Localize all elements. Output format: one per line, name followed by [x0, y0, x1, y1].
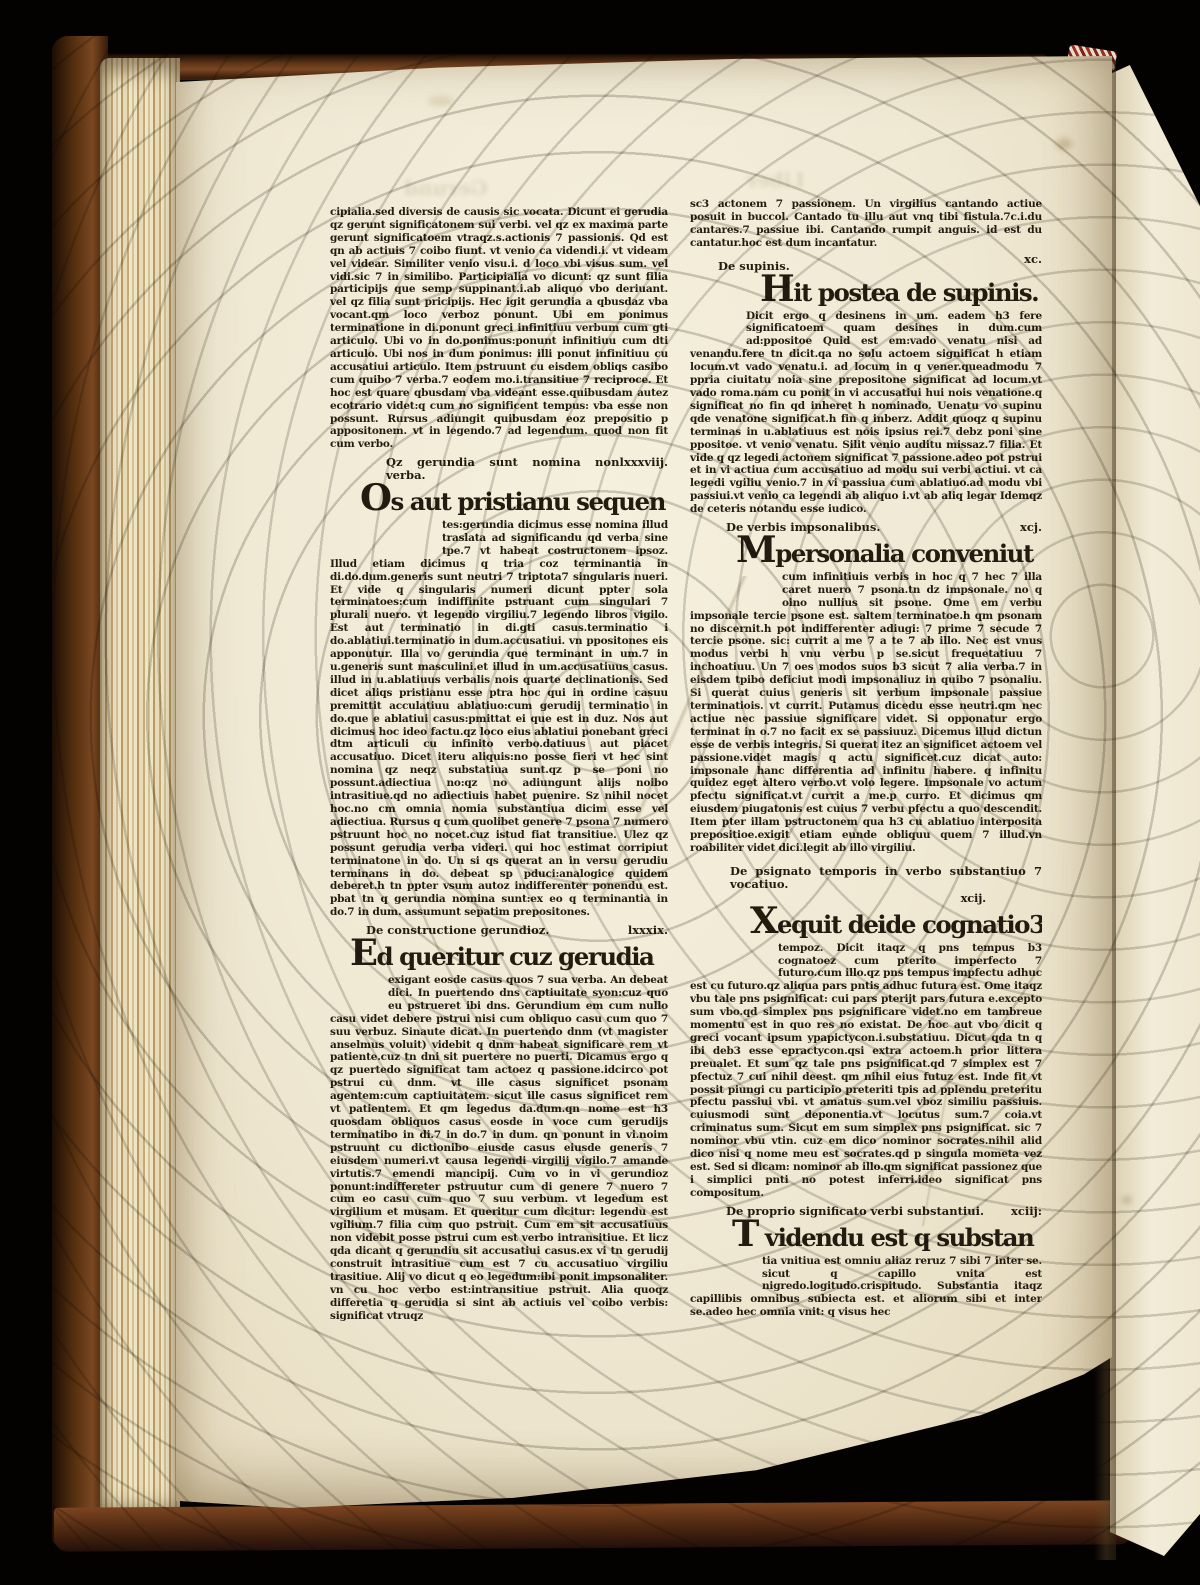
- paragraph-text: Dicit ergo q desinens in um. eadem h3 fe…: [690, 310, 1042, 516]
- paragraph-text: sc3 actonem 7 passionem. Un virgilius ca…: [690, 198, 1042, 249]
- facing-page-edge: [1110, 62, 1200, 1562]
- rubric-label: De psignato temporis in verbo substantiu…: [730, 865, 1042, 891]
- heading-sed-queritur: Ed queritur cuz gerudia: [330, 938, 668, 971]
- heading-hang-spacer: [690, 942, 778, 968]
- paragraph-text: tes:gerundia dicimus esse nomina illud t…: [330, 519, 668, 918]
- rubric-de-designato-temporis: De psignato temporis in verbo substantiu…: [690, 865, 1042, 891]
- heading-hang-spacer: [330, 519, 442, 545]
- heading-sequitur-deinde-cognatio: Xequit deide cognatio3: [690, 906, 1042, 939]
- paragraph-cognatio-temporum: tempoz. Dicit itaqz q pns tempus b3 cogn…: [690, 942, 1042, 1200]
- heading-nos-aut-prisciani: Os aut pristianu sequen: [330, 483, 668, 516]
- paragraph-text: tempoz. Dicit itaqz q pns tempus b3 cogn…: [690, 942, 1042, 1199]
- text-column-left: cipialia.sed diversis de causis sic voca…: [330, 206, 668, 1506]
- heading-fit-postea-de-supinis: Hit postea de supinis.: [690, 274, 1042, 307]
- text-column-right: sc3 actonem 7 passionem. Un virgilius ca…: [690, 198, 1042, 1518]
- heading-et-videndum-substantia: T videndu est q substan: [690, 1219, 1042, 1252]
- printed-page: cipialia.sed diversis de causis sic voca…: [176, 56, 1112, 1508]
- heading-impersonalia-conveniunt: Mpersonalia conveniut: [690, 535, 1042, 568]
- page-edges-stack: [100, 58, 180, 1520]
- folio-number: xciij:: [1011, 1205, 1042, 1218]
- paragraph-substantia: tia vnitiua est omniu aliaz reruz 7 sibi…: [690, 1255, 1042, 1320]
- paragraph-gerundia-continuation: cipialia.sed diversis de causis sic voca…: [330, 206, 668, 451]
- paragraph-text: cum infinitiuis verbis in hoc q 7 hec 7 …: [690, 571, 1042, 854]
- rubric-label: De constructione gerundioz.: [366, 924, 549, 937]
- heading-hang-spacer: [690, 571, 782, 597]
- rubric-de-constructione: De constructione gerundioz. lxxxix.: [330, 924, 668, 937]
- paragraph-supinis: Dicit ergo q desinens in um. eadem h3 fe…: [690, 310, 1042, 517]
- heading-hang-spacer: [690, 310, 746, 336]
- folio-number: xc.: [1024, 253, 1042, 266]
- rubric-de-supinis: De supinis. xc.: [690, 260, 1042, 273]
- paragraph-text: exigant eosde casus quos 7 sua verba. An…: [330, 974, 668, 1322]
- paragraph-impersonalia: cum infinitiuis verbis in hoc q 7 hec 7 …: [690, 571, 1042, 855]
- rubric-label: De proprio significato verbi substantiui…: [726, 1205, 984, 1218]
- heading-hang-spacer: [690, 1255, 762, 1281]
- paragraph-text: cipialia.sed diversis de causis sic voca…: [330, 206, 668, 450]
- paragraph-prisciani: tes:gerundia dicimus esse nomina illud t…: [330, 519, 668, 919]
- leather-cover-bottom-edge: [54, 1500, 1130, 1552]
- folio-number: lxxxviij.: [619, 456, 668, 469]
- folio-number: lxxxix.: [628, 924, 668, 937]
- heading-hang-spacer: [330, 974, 388, 1000]
- paragraph-sed-queritur: exigant eosde casus quos 7 sua verba. An…: [330, 974, 668, 1322]
- incunabulum-book-photo: cipialia.sed diversis de causis sic voca…: [0, 0, 1200, 1585]
- paragraph-cantando: sc3 actonem 7 passionem. Un virgilius ca…: [690, 198, 1042, 250]
- folio-number: xcij.: [690, 892, 1042, 905]
- folio-number: xcj.: [1020, 521, 1042, 534]
- rubric-label: Qz gerundia sunt nomina non verba.: [386, 456, 619, 482]
